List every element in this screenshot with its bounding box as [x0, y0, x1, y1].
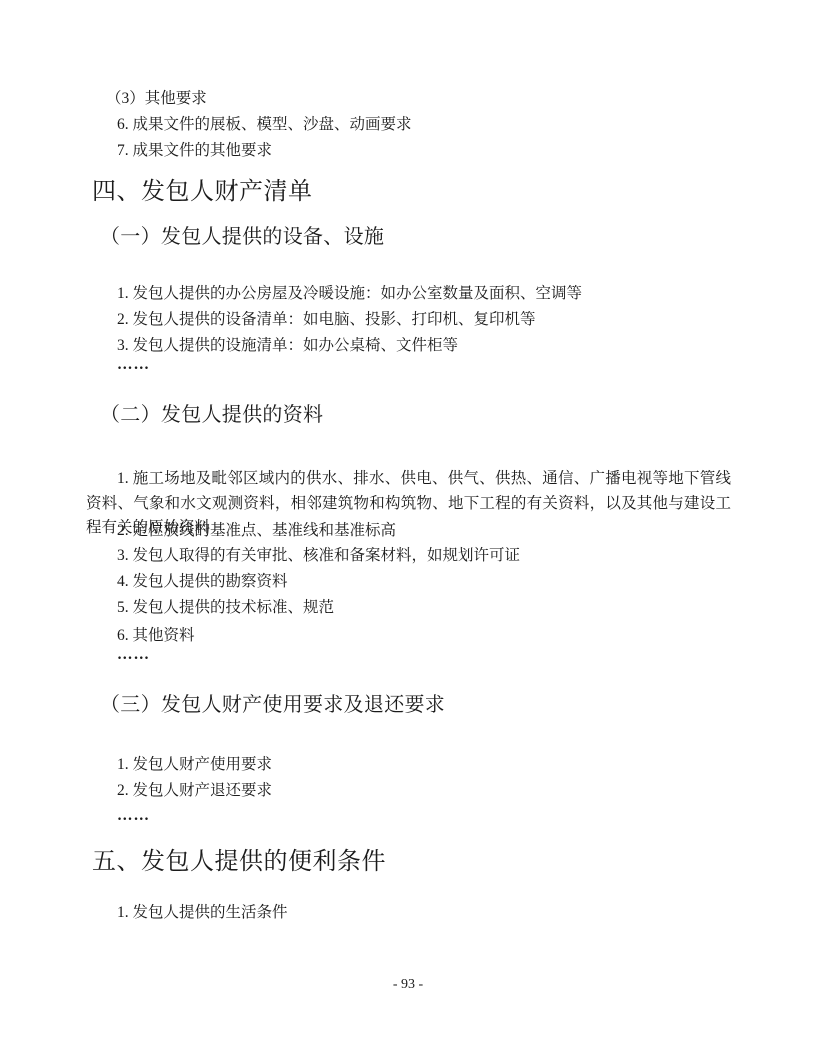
list-item: 5. 发包人提供的技术标准、规范 — [117, 597, 334, 619]
list-item: 1. 发包人提供的生活条件 — [117, 902, 288, 924]
list-item: 6. 成果文件的展板、模型、沙盘、动画要求 — [117, 114, 412, 136]
page-number: - 93 - — [0, 975, 816, 995]
list-item: 3. 发包人提供的设施清单：如办公桌椅、文件柜等 — [117, 335, 458, 357]
section-heading-4: 四、发包人财产清单 — [92, 177, 313, 207]
subsection-heading-4-3: （三）发包人财产使用要求及退还要求 — [100, 692, 445, 718]
list-item: 4. 发包人提供的勘察资料 — [117, 571, 288, 593]
ellipsis-line: …… — [117, 644, 150, 666]
list-item: 2. 定位放线的基准点、基准线和基准标高 — [117, 520, 396, 542]
document-page: （3）其他要求 6. 成果文件的展板、模型、沙盘、动画要求 7. 成果文件的其他… — [0, 0, 816, 1056]
list-item: 2. 发包人财产退还要求 — [117, 780, 272, 802]
subsection-heading-4-1: （一）发包人提供的设备、设施 — [100, 224, 384, 250]
subsection-heading-4-2: （二）发包人提供的资料 — [100, 402, 323, 428]
section-heading-5: 五、发包人提供的便利条件 — [92, 847, 386, 877]
list-item: 2. 发包人提供的设备清单：如电脑、投影、打印机、复印机等 — [117, 309, 536, 331]
list-item: 1. 发包人财产使用要求 — [117, 754, 272, 776]
ellipsis-line: …… — [117, 354, 150, 376]
list-item: 7. 成果文件的其他要求 — [117, 140, 272, 162]
ellipsis-line: …… — [117, 805, 150, 827]
list-item: 1. 发包人提供的办公房屋及冷暖设施：如办公室数量及面积、空调等 — [117, 283, 582, 305]
list-item: 3. 发包人取得的有关审批、核准和备案材料，如规划许可证 — [117, 545, 520, 567]
list-item: （3）其他要求 — [106, 88, 207, 110]
